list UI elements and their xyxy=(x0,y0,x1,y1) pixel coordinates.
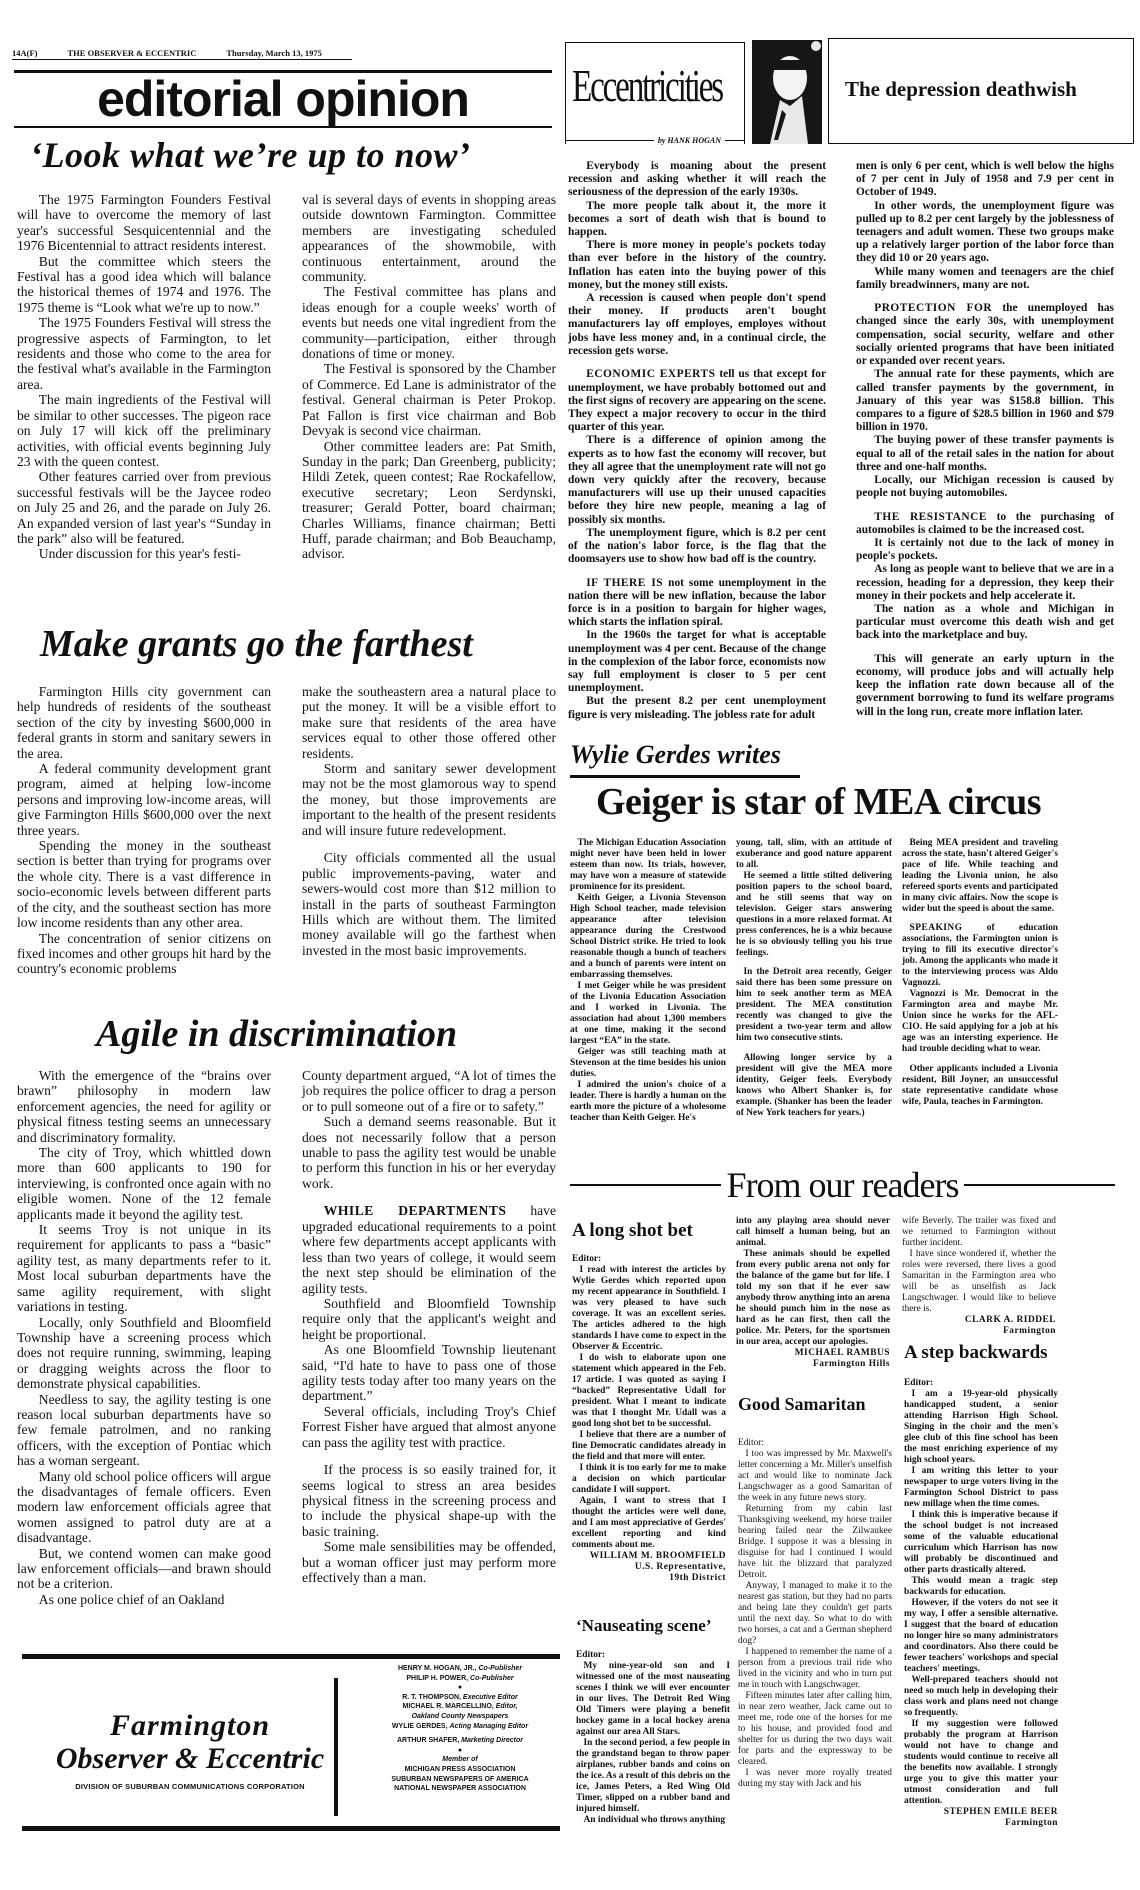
paragraph: I have since wondered if, whether the ro… xyxy=(902,1249,1056,1315)
paragraph: IF THERE IS not some unemployment in the… xyxy=(568,577,826,630)
salutation: Editor: xyxy=(904,1378,1058,1389)
paragraph: It seems Troy is not unique in its requi… xyxy=(17,1222,271,1314)
paragraph: Everybody is moaning about the present r… xyxy=(568,160,826,200)
gerdes-col-3: Being MEA president and traveling across… xyxy=(902,838,1058,1108)
rule-left xyxy=(570,1184,721,1186)
paragraph: My nine-year-old son and I witnessed one… xyxy=(576,1661,730,1738)
association: SUBURBAN NEWSPAPERS OF AMERICA xyxy=(360,1775,560,1785)
paragraph: The nation as a whole and Michigan in pa… xyxy=(856,603,1114,643)
rule-right xyxy=(964,1184,1115,1186)
paragraph: Farmington Hills city government can hel… xyxy=(17,684,271,761)
paragraph: A federal community development grant pr… xyxy=(17,761,271,838)
paragraph: I think it is too early for me to make a… xyxy=(572,1463,726,1496)
paragraph: make the southeastern area a natural pla… xyxy=(302,684,556,761)
salutation: Editor: xyxy=(572,1254,726,1265)
lead-in: SPEAKING xyxy=(910,923,963,933)
paragraph: Geiger was still teaching math at Steven… xyxy=(570,1047,726,1080)
paragraph: Vagnozzi is Mr. Democrat in the Farmingt… xyxy=(902,989,1058,1055)
paragraph: The buying power of these transfer payme… xyxy=(856,434,1114,474)
depression-deathwish-header-box: The depression deathwish xyxy=(828,38,1134,144)
section-title: editorial opinion xyxy=(14,68,552,130)
lead-in: WHILE DEPARTMENTS xyxy=(324,1203,507,1218)
letter-headline-nauseating-scene: ‘Nauseating scene’ xyxy=(576,1616,712,1636)
paragraph: val is several days of events in shoppin… xyxy=(302,192,556,284)
paragraph: But, we contend women can make good law … xyxy=(17,1546,271,1592)
paragraph: This will generate an early upturn in th… xyxy=(856,653,1114,719)
masthead-division: DIVISION OF SUBURBAN COMMUNICATIONS CORP… xyxy=(30,1782,350,1791)
masthead-divider xyxy=(334,1678,338,1816)
letter-3-continued: wife Beverly. The trailer was fixed and … xyxy=(902,1216,1056,1337)
paragraph: Other applicants included a Livonia resi… xyxy=(902,1064,1058,1108)
headline-look-what-were-up-to-now: ‘Look what we’re up to now’ xyxy=(30,134,471,176)
paragraph: Some male sensibilities may be offended,… xyxy=(302,1539,556,1585)
editorial-1-col-2: val is several days of events in shoppin… xyxy=(302,192,556,562)
editorial-3-col-1: With the emergence of the “brains over b… xyxy=(17,1068,271,1607)
paragraph: The more people talk about it, the more … xyxy=(568,200,826,240)
bullet-icon: ● xyxy=(360,1683,560,1693)
paragraph: I do wish to elaborate upon one statemen… xyxy=(572,1353,726,1430)
paragraph: The main ingredients of the Festival wil… xyxy=(17,392,271,469)
paragraph: The Festival committee has plans and ide… xyxy=(302,284,556,361)
paragraph: But the present 8.2 per cent unemploymen… xyxy=(568,695,826,721)
paragraph: The Festival is sponsored by the Chamber… xyxy=(302,361,556,438)
paragraph: Under discussion for this year's festi- xyxy=(17,546,271,561)
paragraph: I think this is imperative because if th… xyxy=(904,1510,1058,1576)
eccentricities-col-1: Everybody is moaning about the present r… xyxy=(568,160,826,722)
paragraph: Spending the money in the southeast sect… xyxy=(17,838,271,930)
editorial-2-col-2: make the southeastern area a natural pla… xyxy=(302,684,556,958)
paragraph: I am writing this letter to your newspap… xyxy=(904,1466,1058,1510)
letter-1: Editor: I read with interest the article… xyxy=(572,1254,726,1584)
paragraph: The 1975 Founders Festival will stress t… xyxy=(17,315,271,392)
staff-line: WYLIE GERDES, Acting Managing Editor xyxy=(360,1722,560,1732)
byline-text: by HANK HOGAN xyxy=(658,136,721,145)
rule-below-masthead xyxy=(22,1826,560,1831)
paragraph: In the second period, a few people in th… xyxy=(576,1738,730,1815)
masthead-name-line-2: Observer & Eccentric xyxy=(30,1742,350,1776)
paragraph: As one police chief of an Oakland xyxy=(17,1592,271,1607)
paragraph: Keith Geiger, a Livonia Stevenson High S… xyxy=(570,893,726,981)
letter-headline-good-samaritan: Good Samaritan xyxy=(738,1394,866,1415)
editorial-2-col-1: Farmington Hills city government can hel… xyxy=(17,684,271,977)
signature-district: 19th District xyxy=(572,1573,726,1584)
paragraph: Well-prepared teachers should not need s… xyxy=(904,1675,1058,1719)
letter-2-continued: into any playing area should never call … xyxy=(736,1216,890,1370)
paragraph: men is only 6 per cent, which is well be… xyxy=(856,160,1114,200)
signature-name: MICHAEL RAMBUS xyxy=(736,1348,890,1359)
staff-line: R. T. THOMPSON, Executive Editor xyxy=(360,1693,560,1703)
issue-date: Thursday, March 13, 1975 xyxy=(226,48,321,58)
editorial-3-col-2: County department argued, “A lot of time… xyxy=(302,1068,556,1585)
paragraph: Needless to say, the agility testing is … xyxy=(17,1392,271,1469)
readers-section-header: From our readers xyxy=(570,1164,1115,1206)
headline-agile-in-discrimination: Agile in discrimination xyxy=(96,1012,457,1056)
paragraph: THE RESISTANCE to the purchasing of auto… xyxy=(856,511,1114,537)
paragraph: There is more money in people's pockets … xyxy=(568,239,826,292)
member-of-label: Member of xyxy=(360,1755,560,1765)
paragraph: If my suggestion were followed probably … xyxy=(904,1719,1058,1807)
signature-city: Farmington xyxy=(904,1818,1058,1829)
signature-title: U.S. Representative, xyxy=(572,1562,726,1573)
paragraph: He seemed a little stilted delivering po… xyxy=(736,871,892,959)
staff-line: ARTHUR SHAFER, Marketing Director xyxy=(360,1736,560,1746)
paragraph: young, tall, slim, with an attitude of e… xyxy=(736,838,892,871)
association: NATIONAL NEWSPAPER ASSOCIATION xyxy=(360,1784,560,1794)
paragraph: The city of Troy, which whittled down mo… xyxy=(17,1145,271,1222)
paragraph: Other features carried over from previou… xyxy=(17,469,271,546)
paragraph: Anyway, I managed to make it to the near… xyxy=(738,1581,892,1647)
staff-line: HENRY M. HOGAN, JR., Co-Publisher xyxy=(360,1664,560,1674)
columnist-photo xyxy=(752,40,822,144)
paragraph: There is a difference of opinion among t… xyxy=(568,434,826,526)
paragraph: PROTECTION FOR the unemployed has change… xyxy=(856,302,1114,368)
paragraph: In other words, the unemployment figure … xyxy=(856,200,1114,266)
signature-city: Farmington Hills xyxy=(736,1359,890,1370)
paragraph: Allowing longer service by a president w… xyxy=(736,1053,892,1119)
paragraph: Returning from my cabin last Thanksgivin… xyxy=(738,1504,892,1581)
paragraph: This would mean a tragic step backwards … xyxy=(904,1576,1058,1598)
signature-name: STEPHEN EMILE BEER xyxy=(904,1807,1058,1818)
page-number: 14A(F) xyxy=(12,48,38,58)
paragraph: I believe that there are a number of fin… xyxy=(572,1430,726,1463)
rule-under-section-title xyxy=(14,126,552,128)
paragraph: Locally, our Michigan recession is cause… xyxy=(856,474,1114,500)
paragraph: Storm and sanitary sewer development may… xyxy=(302,761,556,838)
paragraph: I am a 19-year-old physically handicappe… xyxy=(904,1389,1058,1466)
paragraph: If the process is so easily trained for,… xyxy=(302,1462,556,1539)
paragraph: I was never more royally treated during … xyxy=(738,1768,892,1790)
paragraph: The concentration of senior citizens on … xyxy=(17,931,271,977)
staff-line: PHILIP H. POWER, Co-Publisher xyxy=(360,1674,560,1684)
paragraph: City officials commented all the usual p… xyxy=(302,850,556,958)
paragraph: SPEAKING of education associations, the … xyxy=(902,923,1058,989)
paragraph: WHILE DEPARTMENTS have upgraded educatio… xyxy=(302,1203,556,1295)
gerdes-col-2: young, tall, slim, with an attitude of e… xyxy=(736,838,892,1119)
staff-line: MICHAEL R. MARCELLINO, Editor, xyxy=(360,1702,560,1712)
paragraph: The annual rate for these payments, whic… xyxy=(856,368,1114,434)
paragraph: Other committee leaders are: Pat Smith, … xyxy=(302,439,556,562)
lead-in: THE RESISTANCE xyxy=(874,511,987,523)
paragraph: I met Geiger while he was president of t… xyxy=(570,981,726,1047)
paragraph: ECONOMIC EXPERTS tell us that except for… xyxy=(568,368,826,434)
masthead-staff: HENRY M. HOGAN, JR., Co-Publisher PHILIP… xyxy=(360,1664,560,1794)
paragraph: But the committee which steers the Festi… xyxy=(17,254,271,316)
byline: by HANK HOGAN xyxy=(565,136,745,145)
letter-headline-a-long-shot-bet: A long shot bet xyxy=(572,1220,693,1242)
paragraph: Again, I want to stress that I thought t… xyxy=(572,1496,726,1551)
lead-in: PROTECTION FOR xyxy=(874,302,992,314)
kicker-underline xyxy=(570,775,800,778)
paragraph: It is certainly not due to the lack of m… xyxy=(856,537,1114,563)
paragraph: An individual who throws anything xyxy=(576,1815,730,1826)
gerdes-col-1: The Michigan Education Association might… xyxy=(570,838,726,1124)
letter-3: Editor: I too was impressed by Mr. Maxwe… xyxy=(738,1438,892,1790)
staff-line: Oakland County Newspapers xyxy=(360,1712,560,1722)
eccentricities-logo: Eccentricities xyxy=(572,59,722,112)
kicker-wylie-gerdes-writes: Wylie Gerdes writes xyxy=(570,740,781,770)
paragraph: Several officials, including Troy's Chie… xyxy=(302,1404,556,1450)
paragraph: I too was impressed by Mr. Maxwell's let… xyxy=(738,1449,892,1504)
bullet-icon: ● xyxy=(360,1746,560,1756)
headline-make-grants-go-the-farthest: Make grants go the farthest xyxy=(40,622,473,666)
paragraph: In the Detroit area recently, Geiger sai… xyxy=(736,967,892,1044)
paragraph: I happened to remember the name of a per… xyxy=(738,1647,892,1691)
paragraph: A recession is caused when people don't … xyxy=(568,292,826,358)
paragraph: I read with interest the articles by Wyl… xyxy=(572,1265,726,1353)
paragraph: The 1975 Farmington Founders Festival wi… xyxy=(17,192,271,254)
signature-name: WILLIAM M. BROOMFIELD xyxy=(572,1551,726,1562)
paragraph: These animals should be expelled from ev… xyxy=(736,1249,890,1348)
lead-in: IF THERE IS xyxy=(586,577,663,589)
paragraph: wife Beverly. The trailer was fixed and … xyxy=(902,1216,1056,1249)
paragraph: Fifteen minutes later after calling him,… xyxy=(738,1691,892,1768)
eccentricities-logo-box: Eccentricities xyxy=(565,42,745,144)
paragraph: In the 1960s the target for what is acce… xyxy=(568,629,826,695)
masthead-logo: Farmington Observer & Eccentric DIVISION… xyxy=(30,1710,350,1791)
signature-city: Farmington xyxy=(902,1326,1056,1337)
paragraph: With the emergence of the “brains over b… xyxy=(17,1068,271,1145)
headline-geiger-is-star-of-mea-circus: Geiger is star of MEA circus xyxy=(596,780,1041,824)
letter-headline-a-step-backwards: A step backwards xyxy=(904,1342,1048,1364)
paragraph: Many old school police officers will arg… xyxy=(17,1469,271,1546)
paragraph: Southfield and Bloomfield Township requi… xyxy=(302,1296,556,1342)
paragraph: As one Bloomfield Township lieutenant sa… xyxy=(302,1342,556,1404)
paragraph: Locally, only Southfield and Bloomfield … xyxy=(17,1315,271,1392)
paragraph: Being MEA president and traveling across… xyxy=(902,838,1058,915)
page-header: 14A(F) THE OBSERVER & ECCENTRIC Thursday… xyxy=(12,48,352,60)
paragraph: The unemployment figure, which is 8.2 pe… xyxy=(568,527,826,567)
paragraph: However, if the voters do not see it my … xyxy=(904,1598,1058,1675)
readers-section-title: From our readers xyxy=(727,1164,959,1206)
masthead-name-line-1: Farmington xyxy=(30,1710,350,1742)
lead-in: ECONOMIC EXPERTS xyxy=(586,368,715,380)
paragraph: While many women and teenagers are the c… xyxy=(856,266,1114,292)
paragraph: I admired the union's choice of a leader… xyxy=(570,1080,726,1124)
paragraph: into any playing area should never call … xyxy=(736,1216,890,1249)
letter-4: Editor: I am a 19-year-old physically ha… xyxy=(904,1378,1058,1829)
paragraph: County department argued, “A lot of time… xyxy=(302,1068,556,1114)
signature-name: CLARK A. RIDDEL xyxy=(902,1315,1056,1326)
paragraph: Such a demand seems reasonable. But it d… xyxy=(302,1114,556,1191)
portrait-icon xyxy=(752,40,822,144)
salutation: Editor: xyxy=(738,1438,892,1449)
headline-the-depression-deathwish: The depression deathwish xyxy=(845,77,1077,102)
rule-above-masthead xyxy=(22,1654,560,1659)
salutation: Editor: xyxy=(576,1650,730,1661)
editorial-1-col-1: The 1975 Farmington Founders Festival wi… xyxy=(17,192,271,562)
eccentricities-col-2: men is only 6 per cent, which is well be… xyxy=(856,160,1114,719)
publication-name: THE OBSERVER & ECCENTRIC xyxy=(68,48,197,58)
paragraph: As long as people want to believe that w… xyxy=(856,563,1114,603)
paragraph: The Michigan Education Association might… xyxy=(570,838,726,893)
association: MICHIGAN PRESS ASSOCIATION xyxy=(360,1765,560,1775)
letter-2: Editor: My nine-year-old son and I witne… xyxy=(576,1650,730,1826)
